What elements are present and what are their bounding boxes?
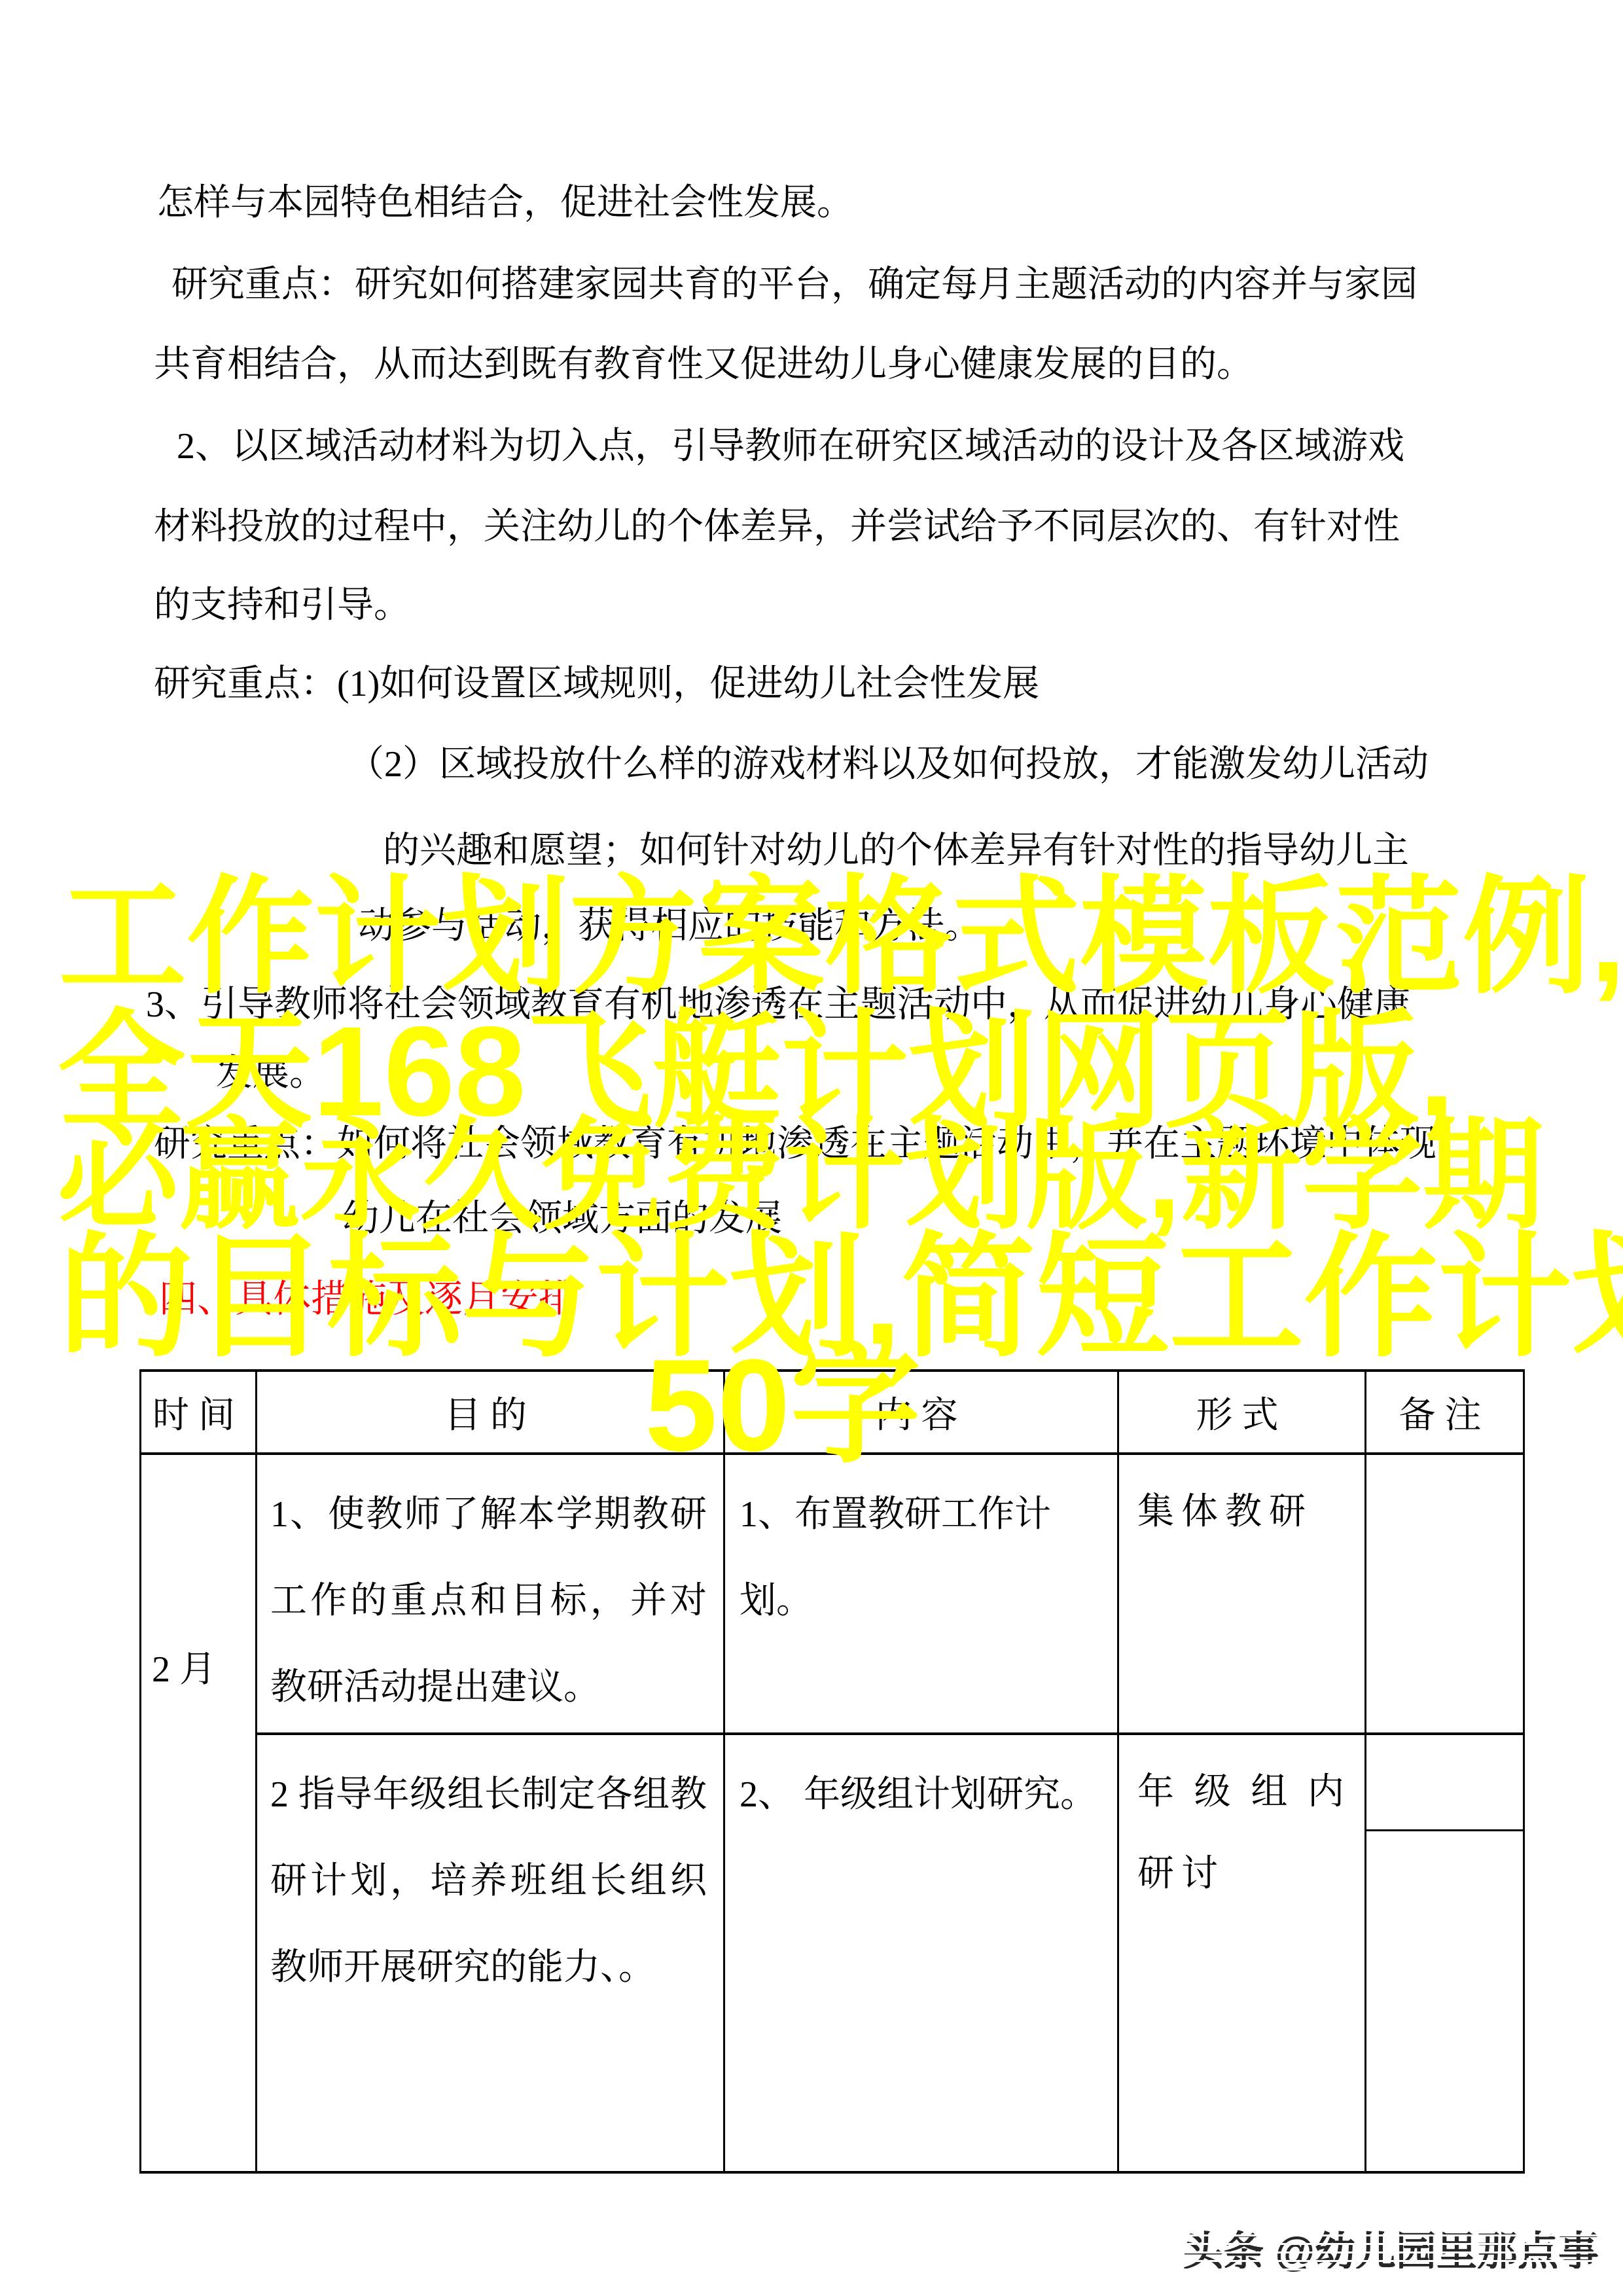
col-header-time: 时间: [141, 1371, 257, 1454]
doc-line-7: 研究重点：(1)如何设置区域规则，促进幼儿社会性发展: [154, 647, 1039, 721]
document-page: 怎样与本园特色相结合，促进社会性发展。 研究重点：研究如何搭建家园共育的平台，确…: [0, 0, 1623, 2296]
monthly-plan-table: 时间 目的 内容 形式 备注 2 月 1、使教师了解本学期教研工作的重点和目标，…: [139, 1369, 1525, 2174]
col-header-form: 形式: [1118, 1371, 1366, 1454]
table-row-february-1: 2 月 1、使教师了解本学期教研工作的重点和目标，并对教研活动提出建议。 1、布…: [141, 1454, 1524, 1734]
cell-form-2: 年级组内研讨: [1118, 1734, 1366, 2172]
toutiao-attribution: 头条 @幼儿园里那点事: [1183, 2219, 1599, 2277]
doc-line-1: 怎样与本园特色相结合，促进社会性发展。: [157, 166, 853, 240]
col-header-note: 备注: [1366, 1371, 1524, 1454]
cell-form-1: 集体教研: [1118, 1454, 1366, 1734]
watermark-line-5: 50字: [645, 1340, 921, 1471]
table-row-february-2: 2 指导年级组长制定各组教研计划，培养班组长组织教师开展研究的能力、。 2、 年…: [141, 1734, 1524, 2172]
watermark-line-1: 工作计划方案格式模板范例,: [59, 874, 1623, 1001]
cell-purpose-2: 2 指导年级组长制定各组教研计划，培养班组长组织教师开展研究的能力、。: [257, 1734, 724, 2172]
cell-note-2: [1366, 1734, 1524, 2172]
cell-note-1: [1366, 1454, 1524, 1734]
doc-line-4: 2、以区域活动材料为切入点，引导教师在研究区域活动的设计及各区域游戏: [177, 410, 1404, 483]
doc-line-5: 材料投放的过程中，关注幼儿的个体差异，并尝试给予不同层次的、有针对性: [154, 490, 1400, 564]
cell-content-2: 2、 年级组计划研究。: [724, 1734, 1118, 2172]
doc-line-8: （2）区域投放什么样的游戏材料以及如何投放，才能激发幼儿活动: [348, 728, 1429, 801]
note-subcell-top: [1366, 1735, 1523, 1831]
doc-line-3: 共育相结合，从而达到既有教育性又促进幼儿身心健康发展的目的。: [154, 328, 1253, 401]
cell-purpose-1: 1、使教师了解本学期教研工作的重点和目标，并对教研活动提出建议。: [257, 1454, 724, 1734]
watermark-line-3: 必赢永久免费计划版,新学期: [58, 1116, 1544, 1237]
cell-content-1: 1、布置教研工作计划。: [724, 1454, 1118, 1734]
doc-line-2: 研究重点：研究如何搭建家园共育的平台，确定每月主题活动的内容并与家园: [171, 248, 1418, 321]
cell-time-february: 2 月: [141, 1454, 257, 2172]
doc-line-6: 的支持和引导。: [154, 569, 410, 642]
